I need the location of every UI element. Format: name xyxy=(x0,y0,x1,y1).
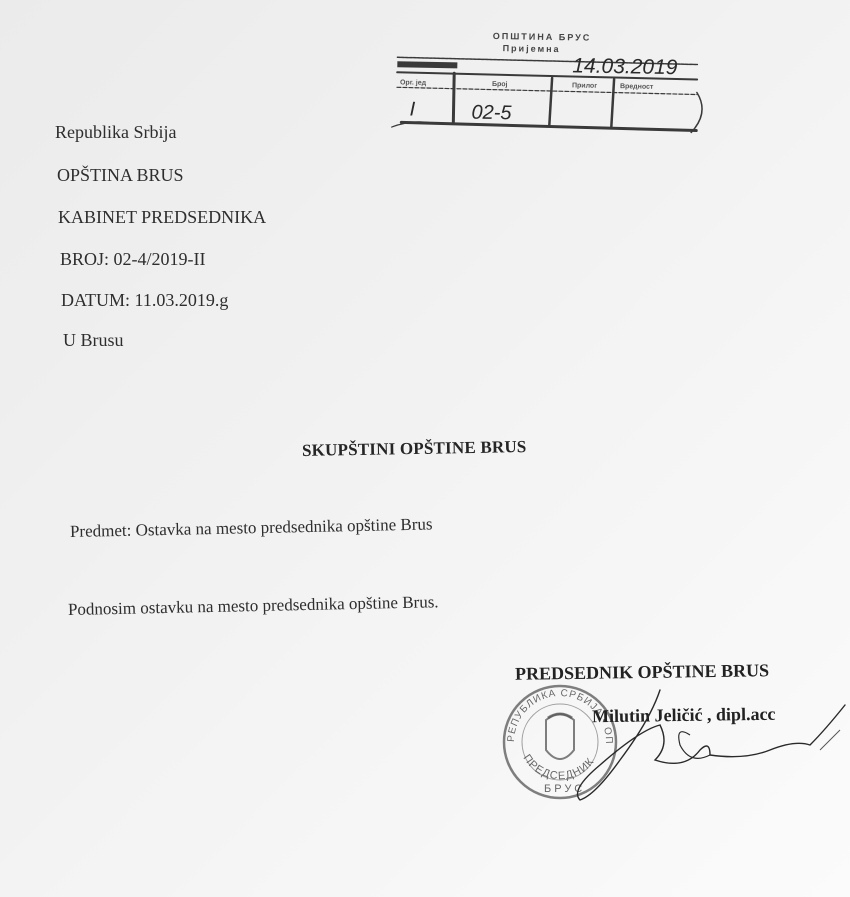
sender-country: Republika Srbija xyxy=(55,122,176,143)
registry-stamp: ОПШТИНА БРУС Пријемна Орг. јед Број Прил… xyxy=(391,27,713,143)
subject-line: Predmet: Ostavka na mesto predsednika op… xyxy=(70,514,433,542)
svg-text:Орг. јед: Орг. јед xyxy=(400,79,427,86)
svg-text:Број: Број xyxy=(492,81,508,88)
stamp-file-number: 02-5 xyxy=(471,102,512,125)
svg-text:Прилог: Прилог xyxy=(572,82,597,89)
document-date: DATUM: 11.03.2019.g xyxy=(61,290,228,311)
stamp-date: 14.03.2019 xyxy=(572,54,678,79)
body-text: Podnosim ostavku na mesto predsednika op… xyxy=(68,592,439,620)
stamp-header-1: ОПШТИНА БРУС xyxy=(493,31,592,43)
document-place: U Brusu xyxy=(63,330,124,351)
document-page: ОПШТИНА БРУС Пријемна Орг. јед Број Прил… xyxy=(0,0,850,897)
stamp-header-2: Пријемна xyxy=(503,43,561,54)
handwritten-signature xyxy=(560,670,850,810)
document-number: BROJ: 02-4/2019-II xyxy=(60,249,206,270)
stamp-class-mark: I xyxy=(409,99,415,121)
sender-office: KABINET PREDSEDNIKA xyxy=(58,207,266,228)
sender-municipality: OPŠTINA BRUS xyxy=(57,165,184,186)
svg-text:Вредност: Вредност xyxy=(620,83,654,91)
recipient-heading: SKUPŠTINI OPŠTINE BRUS xyxy=(302,437,527,461)
registry-stamp-graphic: ОПШТИНА БРУС Пријемна Орг. јед Број Прил… xyxy=(391,27,713,143)
